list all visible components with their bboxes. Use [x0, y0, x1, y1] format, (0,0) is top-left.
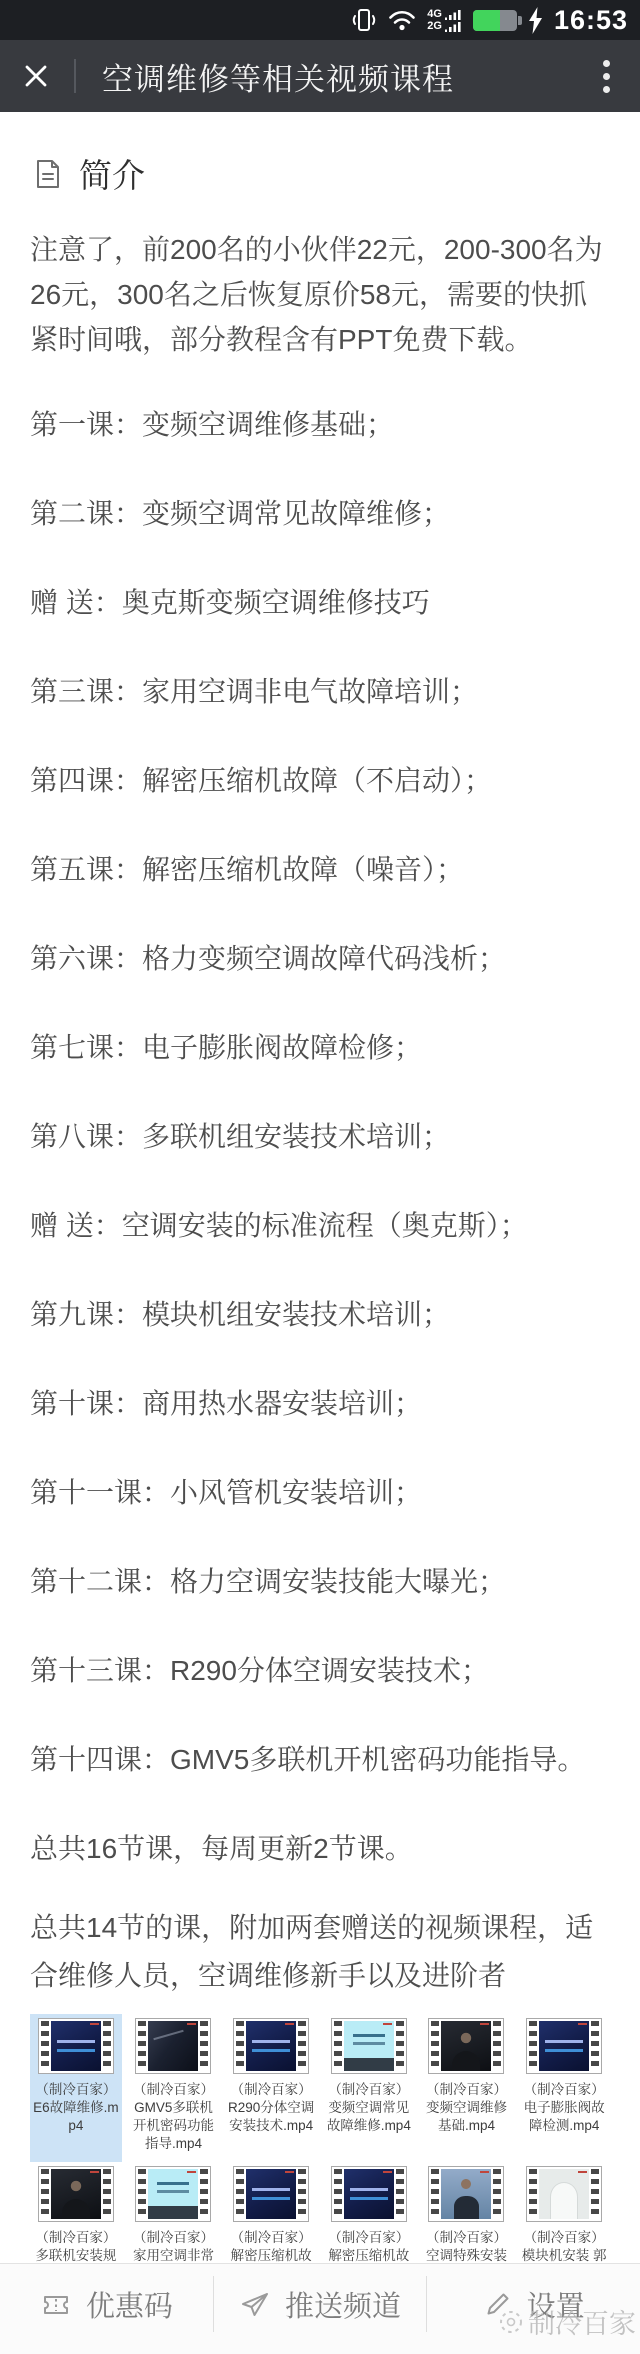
course-item: 第六课：格力变频空调故障代码浅析； [30, 944, 610, 974]
battery-nub [518, 16, 522, 25]
video-filename: （制冷百家）E6故障维修.mp4 [30, 2081, 122, 2135]
film-holes [396, 2021, 404, 2071]
video-filename: （制冷百家）变频空调维修基础.mp4 [421, 2081, 513, 2135]
film-holes [493, 2169, 501, 2219]
course-item: 第八课：多联机组安装技术培训； [30, 1122, 610, 1152]
film-holes [334, 2021, 342, 2071]
film-holes [103, 2021, 111, 2071]
video-preview [539, 2021, 589, 2071]
film-holes [396, 2169, 404, 2219]
film-strip-icon [233, 2018, 309, 2074]
video-preview [51, 2021, 101, 2071]
film-strip-icon [135, 2018, 211, 2074]
bottom-toolbar: 优惠码 推送频道 设置 制冷百家 [0, 2263, 640, 2354]
film-strip-icon [526, 2018, 602, 2074]
film-holes [138, 2169, 146, 2219]
kebab-menu-icon[interactable] [593, 50, 620, 103]
film-holes [529, 2021, 537, 2071]
video-thumbnail[interactable]: （制冷百家）E6故障维修.mp4 [30, 2014, 122, 2162]
course-item: 赠 送：奥克斯变频空调维修技巧 [30, 588, 610, 618]
header-divider [74, 59, 76, 93]
course-list: 第一课：变频空调维修基础； 第二课：变频空调常见故障维修； 赠 送：奥克斯变频空… [30, 410, 610, 1775]
intro-section-header: 简介 [30, 112, 610, 197]
network-type-label: 4G [427, 9, 442, 20]
film-strip-icon [428, 2018, 504, 2074]
video-preview [344, 2021, 394, 2071]
film-holes [591, 2169, 599, 2219]
film-strip-icon [38, 2166, 114, 2222]
video-filename: （制冷百家）变频空调常见故障维修.mp4 [323, 2081, 415, 2135]
film-holes [200, 2021, 208, 2071]
video-thumbnail[interactable]: （制冷百家）变频空调常见故障维修.mp4 [323, 2014, 415, 2162]
video-thumbnail[interactable]: （制冷百家）GMV5多联机开机密码功能指导.mp4 [128, 2014, 220, 2162]
video-preview [148, 2169, 198, 2219]
film-strip-icon [331, 2018, 407, 2074]
summary-paragraph: 总共14节的课，附加两套赠送的视频课程，适合维修人员，空调维修新手以及进阶者 [30, 1904, 610, 2000]
film-strip-icon [428, 2166, 504, 2222]
course-item: 第十二课：格力空调安装技能大曝光； [30, 1567, 610, 1597]
film-strip-icon [526, 2166, 602, 2222]
paper-plane-icon [239, 2288, 271, 2320]
video-preview [539, 2169, 589, 2219]
wifi-icon [388, 9, 416, 31]
film-holes [431, 2169, 439, 2219]
pencil-icon [483, 2289, 513, 2319]
film-strip-icon [233, 2166, 309, 2222]
title-bar: 空调维修等相关视频课程 [0, 40, 640, 112]
intro-paragraph: 注意了，前200名的小伙伴22元，200-300名为26元，300名之后恢复原价… [30, 227, 610, 362]
course-item: 第二课：变频空调常见故障维修； [30, 499, 610, 529]
clock-time: 16:53 [554, 5, 628, 36]
course-item: 第四课：解密压缩机故障（不启动）； [30, 766, 610, 796]
film-holes [431, 2021, 439, 2071]
video-preview [441, 2169, 491, 2219]
push-channel-button[interactable]: 推送频道 [213, 2276, 427, 2332]
push-channel-label: 推送频道 [285, 2284, 401, 2325]
video-thumbnail[interactable]: （制冷百家）变频空调维修基础.mp4 [421, 2014, 513, 2162]
section-title: 简介 [79, 150, 145, 197]
film-holes [298, 2021, 306, 2071]
course-item: 第七课：电子膨胀阀故障检修； [30, 1033, 610, 1063]
course-item: 第十四课：GMV5多联机开机密码功能指导。 [30, 1745, 610, 1775]
film-holes [236, 2169, 244, 2219]
film-holes [138, 2021, 146, 2071]
course-item: 第五课：解密压缩机故障（噪音）； [30, 855, 610, 885]
course-item: 赠 送：空调安装的标准流程（奥克斯）； [30, 1211, 610, 1241]
coupon-ticket-icon [40, 2288, 72, 2320]
signal-4g2g-icon: 4G 2G [427, 9, 462, 32]
coupon-code-button[interactable]: 优惠码 [0, 2276, 213, 2332]
film-holes [41, 2169, 49, 2219]
video-preview [246, 2021, 296, 2071]
film-holes [200, 2169, 208, 2219]
course-item: 第十三课：R290分体空调安装技术； [30, 1656, 610, 1686]
video-filename: （制冷百家）GMV5多联机开机密码功能指导.mp4 [128, 2081, 220, 2153]
film-holes [334, 2169, 342, 2219]
film-holes [103, 2169, 111, 2219]
course-item: 第三课：家用空调非电气故障培训； [30, 677, 610, 707]
close-icon[interactable] [20, 60, 52, 92]
course-item: 第十一课：小风管机安装培训； [30, 1478, 610, 1508]
film-holes [591, 2021, 599, 2071]
video-preview [344, 2169, 394, 2219]
settings-label: 设置 [527, 2284, 585, 2325]
summary-line: 总共16节课，每周更新2节课。 [30, 1834, 610, 1864]
film-holes [493, 2021, 501, 2071]
course-item: 第九课：模块机组安装技术培训； [30, 1300, 610, 1330]
video-preview [441, 2021, 491, 2071]
battery-fill [473, 10, 500, 31]
video-preview [246, 2169, 296, 2219]
video-filename: （制冷百家）电子膨胀阀故障检测.mp4 [518, 2081, 610, 2135]
film-strip-icon [331, 2166, 407, 2222]
film-holes [529, 2169, 537, 2219]
battery-icon [473, 10, 517, 31]
charging-bolt-icon [528, 7, 543, 34]
page-title: 空调维修等相关视频课程 [102, 54, 593, 99]
document-icon [30, 157, 64, 191]
video-thumbnail[interactable]: （制冷百家）R290分体空调安装技术.mp4 [225, 2014, 317, 2162]
video-filename: （制冷百家）R290分体空调安装技术.mp4 [225, 2081, 317, 2135]
coupon-code-label: 优惠码 [86, 2284, 173, 2325]
course-item: 第一课：变频空调维修基础； [30, 410, 610, 440]
film-holes [41, 2021, 49, 2071]
content-area: 简介 注意了，前200名的小伙伴22元，200-300名为26元，300名之后恢… [0, 112, 640, 2310]
film-holes [236, 2021, 244, 2071]
vibrate-icon [351, 7, 377, 33]
video-preview [51, 2169, 101, 2219]
video-preview [148, 2021, 198, 2071]
settings-button[interactable]: 设置 [426, 2276, 640, 2332]
network-type-label: 2G [427, 21, 442, 32]
film-strip-icon [135, 2166, 211, 2222]
course-item: 第十课：商用热水器安装培训； [30, 1389, 610, 1419]
film-strip-icon [38, 2018, 114, 2074]
status-bar: 4G 2G 16:53 [0, 0, 640, 40]
video-thumbnail[interactable]: （制冷百家）电子膨胀阀故障检测.mp4 [518, 2014, 610, 2162]
film-holes [298, 2169, 306, 2219]
